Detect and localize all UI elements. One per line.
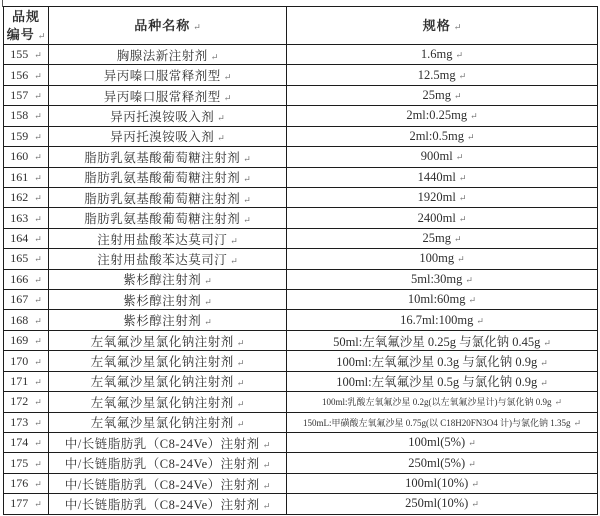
spec-number: 175 (10, 456, 28, 470)
paragraph-mark: ↵ (34, 479, 42, 489)
specification: 100ml(5%) (408, 435, 465, 449)
product-name-cell: 异丙托溴铵吸入剂↵ (49, 106, 287, 126)
table-row: 170↵ 左氧氟沙星氯化钠注射剂↵ 100ml:左氧氟沙星 0.3g 与氯化钠 … (4, 351, 598, 371)
spec-number: 159 (10, 129, 28, 143)
paragraph-mark: ↵ (573, 418, 581, 428)
table-row: 160↵ 脂肪乳氨基酸葡萄糖注射剂↵ 900ml↵ (4, 147, 598, 167)
spec-number: 161 (10, 170, 28, 184)
product-name-cell: 左氧氟沙星氯化钠注射剂↵ (49, 330, 287, 350)
product-name: 左氧氟沙星氯化钠注射剂 (91, 355, 234, 369)
product-name-cell: 左氧氟沙星氯化钠注射剂↵ (49, 412, 287, 432)
product-name: 脂肪乳氨基酸葡萄糖注射剂 (84, 171, 240, 185)
table-row: 161↵ 脂肪乳氨基酸葡萄糖注射剂↵ 1440ml↵ (4, 167, 598, 187)
table-row: 176↵ 中/长链脂肪乳（C8-24Ve）注射剂↵ 100ml(10%)↵ (4, 473, 598, 493)
table-row: 159↵ 异丙托溴铵吸入剂↵ 2ml:0.5mg↵ (4, 126, 598, 146)
paragraph-mark: ↵ (468, 438, 476, 448)
spec-number: 165 (10, 251, 28, 265)
product-name: 左氧氟沙星氯化钠注射剂 (91, 416, 234, 430)
product-name-cell: 异丙嗪口服常释剂型↵ (49, 85, 287, 105)
col-header-specification: 规格↵ (287, 7, 598, 45)
specification: 50ml:左氧氟沙星 0.25g 与氯化钠 0.45g (333, 335, 540, 349)
product-name-cell: 脂肪乳氨基酸葡萄糖注射剂↵ (49, 208, 287, 228)
product-name: 异丙嗪口服常释剂型 (104, 90, 221, 104)
paragraph-mark: ↵ (476, 316, 484, 326)
specification-cell: 100ml:左氧氟沙星 0.5g 与氯化钠 0.9g↵ (287, 371, 598, 391)
specification: 250ml(5%) (408, 456, 465, 470)
paragraph-mark: ↵ (224, 93, 232, 103)
paragraph-mark: ↵ (237, 358, 245, 368)
specification-cell: 1.6mg↵ (287, 45, 598, 65)
specification-cell: 900ml↵ (287, 147, 598, 167)
specification-cell: 250ml(10%)↵ (287, 494, 598, 514)
paragraph-mark: ↵ (243, 215, 251, 225)
paragraph-mark: ↵ (34, 499, 42, 509)
spec-number: 155 (10, 47, 28, 61)
paragraph-mark: ↵ (470, 111, 478, 121)
paragraph-mark: ↵ (34, 336, 42, 346)
paragraph-mark: ↵ (34, 295, 42, 305)
specification: 1440ml (418, 170, 456, 184)
paragraph-mark: ↵ (263, 460, 271, 470)
product-name-cell: 中/长链脂肪乳（C8-24Ve）注射剂↵ (49, 433, 287, 453)
paragraph-mark: ↵ (34, 173, 42, 183)
paragraph-mark: ↵ (243, 174, 251, 184)
spec-number: 170 (10, 354, 28, 368)
spec-number: 174 (10, 435, 28, 449)
product-name: 中/长链脂肪乳（C8-24Ve）注射剂 (65, 478, 260, 492)
spec-number-cell: 160↵ (4, 147, 49, 167)
paragraph-mark: ↵ (243, 154, 251, 164)
paragraph-mark: ↵ (471, 499, 479, 509)
paragraph-mark: ↵ (34, 214, 42, 224)
product-name: 左氧氟沙星氯化钠注射剂 (91, 335, 234, 349)
paragraph-mark: ↵ (34, 254, 42, 264)
product-name: 异丙嗪口服常释剂型 (104, 69, 221, 83)
spec-number-cell: 166↵ (4, 269, 49, 289)
specification: 1.6mg (421, 47, 453, 61)
paragraph-mark: ↵ (34, 316, 42, 326)
specification-cell: 50ml:左氧氟沙星 0.25g 与氯化钠 0.45g↵ (287, 330, 598, 350)
spec-number-cell: 155↵ (4, 45, 49, 65)
paragraph-mark: ↵ (230, 256, 238, 266)
table-row: 175↵ 中/长链脂肪乳（C8-24Ve）注射剂↵ 250ml(5%)↵ (4, 453, 598, 473)
spec-number: 168 (10, 313, 28, 327)
table-row: 177↵ 中/长链脂肪乳（C8-24Ve）注射剂↵ 250ml(10%)↵ (4, 494, 598, 514)
table-row: 155↵ 胸腺法新注射剂↵ 1.6mg↵ (4, 45, 598, 65)
table-row: 166↵ 紫杉醇注射剂↵ 5ml:30mg↵ (4, 269, 598, 289)
paragraph-mark: ↵ (34, 132, 42, 142)
product-name: 紫杉醇注射剂 (123, 273, 201, 287)
paragraph-mark: ↵ (554, 397, 562, 407)
table-row: 171↵ 左氧氟沙星氯化钠注射剂↵ 100ml:左氧氟沙星 0.5g 与氯化钠 … (4, 371, 598, 391)
table-row: 168↵ 紫杉醇注射剂↵ 16.7ml:100mg↵ (4, 310, 598, 330)
paragraph-mark: ↵ (204, 276, 212, 286)
spec-number: 156 (10, 68, 28, 82)
paragraph-mark: ↵ (459, 193, 467, 203)
spec-number: 177 (10, 496, 28, 510)
table-row: 164↵ 注射用盐酸苯达莫司汀↵ 25mg↵ (4, 228, 598, 248)
paragraph-mark: ↵ (230, 236, 238, 246)
specification-cell: 100mg↵ (287, 249, 598, 269)
paragraph-mark: ↵ (224, 72, 232, 82)
paragraph-mark: ↵ (34, 438, 42, 448)
product-name-cell: 异丙托溴铵吸入剂↵ (49, 126, 287, 146)
paragraph-mark: ↵ (459, 71, 467, 81)
paragraph-mark: ↵ (217, 113, 225, 123)
spec-number-cell: 158↵ (4, 106, 49, 126)
document-page: 品规 编号↵ 品种名称↵ 规格↵ 155↵ 胸腺法新注射剂↵ 1.6mg↵ 15… (0, 0, 600, 516)
table-body: 155↵ 胸腺法新注射剂↵ 1.6mg↵ 156↵ 异丙嗪口服常释剂型↵ 12.… (4, 45, 598, 515)
product-name-cell: 中/长链脂肪乳（C8-24Ve）注射剂↵ (49, 453, 287, 473)
table-row: 172↵ 左氧氟沙星氯化钠注射剂↵ 100ml:乳酸左氧氟沙星 0.2g(以左氧… (4, 392, 598, 412)
spec-number: 157 (10, 88, 28, 102)
table-row: 157↵ 异丙嗪口服常释剂型↵ 25mg↵ (4, 85, 598, 105)
paragraph-mark: ↵ (465, 275, 473, 285)
product-name-cell: 紫杉醇注射剂↵ (49, 269, 287, 289)
spec-number: 158 (10, 108, 28, 122)
paragraph-mark: ↵ (468, 459, 476, 469)
product-name: 胸腺法新注射剂 (117, 49, 208, 63)
specification-cell: 100ml(10%)↵ (287, 473, 598, 493)
paragraph-mark: ↵ (456, 50, 464, 60)
table-row: 162↵ 脂肪乳氨基酸葡萄糖注射剂↵ 1920ml↵ (4, 187, 598, 207)
spec-number: 163 (10, 211, 28, 225)
spec-number-cell: 159↵ (4, 126, 49, 146)
paragraph-mark: ↵ (454, 234, 462, 244)
spec-number-cell: 177↵ (4, 494, 49, 514)
product-name-cell: 左氧氟沙星氯化钠注射剂↵ (49, 351, 287, 371)
paragraph-mark: ↵ (34, 418, 42, 428)
spec-number-cell: 164↵ (4, 228, 49, 248)
paragraph-mark: ↵ (34, 91, 42, 101)
product-name-cell: 紫杉醇注射剂↵ (49, 310, 287, 330)
table-row: 174↵ 中/长链脂肪乳（C8-24Ve）注射剂↵ 100ml(5%)↵ (4, 433, 598, 453)
paragraph-mark: ↵ (456, 152, 464, 162)
specification: 2ml:0.25mg (406, 108, 467, 122)
specification: 100ml:乳酸左氧氟沙星 0.2g(以左氧氟沙星计)与氯化钠 0.9g (322, 397, 552, 407)
specification-cell: 5ml:30mg↵ (287, 269, 598, 289)
specification-cell: 2ml:0.5mg↵ (287, 126, 598, 146)
paragraph-mark: ↵ (34, 377, 42, 387)
spec-number-cell: 157↵ (4, 85, 49, 105)
paragraph-mark: ↵ (217, 133, 225, 143)
spec-number: 167 (10, 292, 28, 306)
product-name: 注射用盐酸苯达莫司汀 (97, 233, 227, 247)
spec-number-cell: 172↵ (4, 392, 49, 412)
paragraph-mark: ↵ (34, 152, 42, 162)
paragraph-mark: ↵ (469, 295, 477, 305)
specification-cell: 100ml:乳酸左氧氟沙星 0.2g(以左氧氟沙星计)与氯化钠 0.9g↵ (287, 392, 598, 412)
spec-number: 166 (10, 272, 28, 286)
spec-number: 169 (10, 333, 28, 347)
spec-number: 171 (10, 374, 28, 388)
paragraph-mark: ↵ (34, 111, 42, 121)
paragraph-mark: ↵ (543, 338, 551, 348)
col-header-spec-number-line1: 品规 (6, 8, 46, 26)
specification: 25mg (422, 88, 450, 102)
product-name-cell: 异丙嗪口服常释剂型↵ (49, 65, 287, 85)
product-name-cell: 紫杉醇注射剂↵ (49, 290, 287, 310)
paragraph-mark: ↵ (237, 338, 245, 348)
specification: 150mL:甲磺酸左氧氟沙星 0.75g(以 C18H20FN3O4 计)与氯化… (303, 418, 571, 428)
specification-cell: 12.5mg↵ (287, 65, 598, 85)
specification-cell: 25mg↵ (287, 228, 598, 248)
product-name: 脂肪乳氨基酸葡萄糖注射剂 (84, 212, 240, 226)
paragraph-mark: ↵ (263, 440, 271, 450)
specification: 100mg (419, 251, 454, 265)
product-name: 脂肪乳氨基酸葡萄糖注射剂 (84, 151, 240, 165)
paragraph-mark: ↵ (263, 481, 271, 491)
product-name-cell: 脂肪乳氨基酸葡萄糖注射剂↵ (49, 167, 287, 187)
table-row: 167↵ 紫杉醇注射剂↵ 10ml:60mg↵ (4, 290, 598, 310)
paragraph-mark: ↵ (204, 317, 212, 327)
product-name-cell: 中/长链脂肪乳（C8-24Ve）注射剂↵ (49, 494, 287, 514)
product-name: 紫杉醇注射剂 (123, 314, 201, 328)
specification: 2400ml (418, 211, 456, 225)
col-header-product-name: 品种名称↵ (49, 7, 287, 45)
spec-number-cell: 175↵ (4, 453, 49, 473)
specification: 900ml (421, 149, 453, 163)
spec-number-cell: 156↵ (4, 65, 49, 85)
specification: 5ml:30mg (411, 272, 462, 286)
drug-spec-table: 品规 编号↵ 品种名称↵ 规格↵ 155↵ 胸腺法新注射剂↵ 1.6mg↵ 15… (3, 6, 598, 515)
product-name: 左氧氟沙星氯化钠注射剂 (91, 375, 234, 389)
product-name-cell: 脂肪乳氨基酸葡萄糖注射剂↵ (49, 147, 287, 167)
paragraph-mark: ↵ (211, 52, 219, 62)
specification-cell: 25mg↵ (287, 85, 598, 105)
specification: 100ml(10%) (405, 476, 468, 490)
paragraph-mark: ↵ (243, 195, 251, 205)
specification: 100ml:左氧氟沙星 0.3g 与氯化钠 0.9g (336, 355, 537, 369)
paragraph-mark: ↵ (540, 358, 548, 368)
product-name: 注射用盐酸苯达莫司汀 (97, 253, 227, 267)
paragraph-mark: ↵ (204, 297, 212, 307)
specification-cell: 1440ml↵ (287, 167, 598, 187)
specification-cell: 150mL:甲磺酸左氧氟沙星 0.75g(以 C18H20FN3O4 计)与氯化… (287, 412, 598, 432)
paragraph-mark: ↵ (471, 479, 479, 489)
col-header-spec-number-line2: 编号↵ (6, 26, 46, 44)
paragraph-mark: ↵ (540, 378, 548, 388)
header-row: 品规 编号↵ 品种名称↵ 规格↵ (4, 7, 598, 45)
paragraph-mark: ↵ (34, 397, 42, 407)
spec-number-cell: 174↵ (4, 433, 49, 453)
specification: 25mg (422, 231, 450, 245)
spec-number-cell: 165↵ (4, 249, 49, 269)
table-row: 165↵ 注射用盐酸苯达莫司汀↵ 100mg↵ (4, 249, 598, 269)
product-name: 紫杉醇注射剂 (123, 294, 201, 308)
paragraph-mark: ↵ (454, 91, 462, 101)
paragraph-mark: ↵ (467, 132, 475, 142)
spec-number: 173 (10, 415, 28, 429)
product-name-cell: 脂肪乳氨基酸葡萄糖注射剂↵ (49, 187, 287, 207)
paragraph-mark: ↵ (193, 22, 201, 32)
product-name: 中/长链脂肪乳（C8-24Ve）注射剂 (65, 437, 260, 451)
spec-number-cell: 176↵ (4, 473, 49, 493)
product-name-cell: 胸腺法新注射剂↵ (49, 45, 287, 65)
product-name: 脂肪乳氨基酸葡萄糖注射剂 (84, 192, 240, 206)
table-row: 163↵ 脂肪乳氨基酸葡萄糖注射剂↵ 2400ml↵ (4, 208, 598, 228)
paragraph-mark: ↵ (459, 214, 467, 224)
paragraph-mark: ↵ (34, 275, 42, 285)
specification-cell: 100ml:左氧氟沙星 0.3g 与氯化钠 0.9g↵ (287, 351, 598, 371)
table-row: 158↵ 异丙托溴铵吸入剂↵ 2ml:0.25mg↵ (4, 106, 598, 126)
product-name: 中/长链脂肪乳（C8-24Ve）注射剂 (65, 498, 260, 512)
specification: 1920ml (418, 190, 456, 204)
spec-number-cell: 161↵ (4, 167, 49, 187)
paragraph-mark: ↵ (34, 50, 42, 60)
specification-cell: 250ml(5%)↵ (287, 453, 598, 473)
specification: 2ml:0.5mg (409, 129, 464, 143)
product-name: 异丙托溴铵吸入剂 (110, 130, 214, 144)
specification-cell: 10ml:60mg↵ (287, 290, 598, 310)
paragraph-mark: ↵ (454, 22, 462, 32)
paragraph-mark: ↵ (34, 357, 42, 367)
paragraph-mark: ↵ (263, 501, 271, 511)
specification: 250ml(10%) (405, 496, 468, 510)
product-name: 左氧氟沙星氯化钠注射剂 (91, 396, 234, 410)
table-row: 156↵ 异丙嗪口服常释剂型↵ 12.5mg↵ (4, 65, 598, 85)
product-name-cell: 左氧氟沙星氯化钠注射剂↵ (49, 392, 287, 412)
spec-number-cell: 168↵ (4, 310, 49, 330)
product-name: 异丙托溴铵吸入剂 (110, 110, 214, 124)
table-row: 169↵ 左氧氟沙星氯化钠注射剂↵ 50ml:左氧氟沙星 0.25g 与氯化钠 … (4, 330, 598, 350)
spec-number: 160 (10, 149, 28, 163)
specification: 100ml:左氧氟沙星 0.5g 与氯化钠 0.9g (336, 375, 537, 389)
spec-number-cell: 167↵ (4, 290, 49, 310)
paragraph-mark: ↵ (34, 71, 42, 81)
specification: 16.7ml:100mg (400, 313, 473, 327)
product-name-cell: 注射用盐酸苯达莫司汀↵ (49, 228, 287, 248)
specification: 12.5mg (418, 68, 456, 82)
spec-number-cell: 169↵ (4, 330, 49, 350)
spec-number-cell: 162↵ (4, 187, 49, 207)
paragraph-mark: ↵ (34, 234, 42, 244)
spec-number-cell: 163↵ (4, 208, 49, 228)
spec-number-cell: 171↵ (4, 371, 49, 391)
spec-number: 162 (10, 190, 28, 204)
specification-cell: 16.7ml:100mg↵ (287, 310, 598, 330)
spec-number-cell: 170↵ (4, 351, 49, 371)
table-row: 173↵ 左氧氟沙星氯化钠注射剂↵ 150mL:甲磺酸左氧氟沙星 0.75g(以… (4, 412, 598, 432)
specification-cell: 2ml:0.25mg↵ (287, 106, 598, 126)
paragraph-mark: ↵ (34, 459, 42, 469)
specification-cell: 100ml(5%)↵ (287, 433, 598, 453)
spec-number: 172 (10, 394, 28, 408)
paragraph-mark: ↵ (459, 173, 467, 183)
product-name-cell: 中/长链脂肪乳（C8-24Ve）注射剂↵ (49, 473, 287, 493)
paragraph-mark: ↵ (237, 378, 245, 388)
product-name-cell: 左氧氟沙星氯化钠注射剂↵ (49, 371, 287, 391)
spec-number: 176 (10, 476, 28, 490)
specification-cell: 2400ml↵ (287, 208, 598, 228)
specification: 10ml:60mg (408, 292, 466, 306)
paragraph-mark: ↵ (237, 399, 245, 409)
paragraph-mark: ↵ (34, 193, 42, 203)
paragraph-mark: ↵ (38, 31, 46, 41)
col-header-spec-number: 品规 编号↵ (4, 7, 49, 45)
specification-cell: 1920ml↵ (287, 187, 598, 207)
spec-number-cell: 173↵ (4, 412, 49, 432)
paragraph-mark: ↵ (457, 254, 465, 264)
product-name-cell: 注射用盐酸苯达莫司汀↵ (49, 249, 287, 269)
product-name: 中/长链脂肪乳（C8-24Ve）注射剂 (65, 457, 260, 471)
spec-number: 164 (10, 231, 28, 245)
paragraph-mark: ↵ (237, 419, 245, 429)
